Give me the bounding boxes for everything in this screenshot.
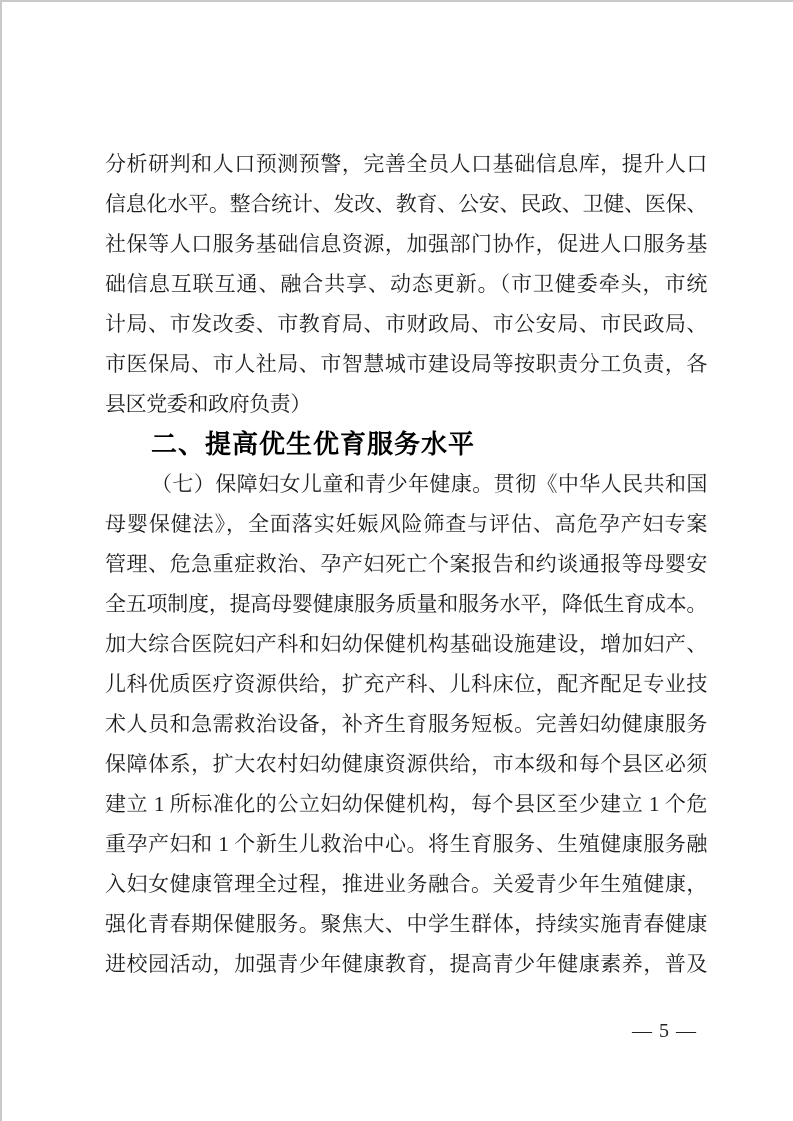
paragraph-end-line: 县区党委和政府负责） <box>105 384 707 424</box>
text-line: 全五项制度，提高母婴健康服务质量和服务水平，降低生育成本。 <box>105 584 707 624</box>
text-line: 加大综合医院妇产科和妇幼保健机构基础设施建设，增加妇产、 <box>105 624 707 664</box>
text-line: 入妇女健康管理全过程，推进业务融合。关爱青少年生殖健康， <box>105 864 707 904</box>
text-line: 保障体系，扩大农村妇幼健康资源供给，市本级和每个县区必须 <box>105 744 707 784</box>
page-number: — 5 — <box>632 1020 712 1043</box>
text-line: 儿科优质医疗资源供给，扩充产科、儿科床位，配齐配足专业技 <box>105 664 707 704</box>
text-line: 础信息互联互通、融合共享、动态更新。（市卫健委牵头，市统 <box>105 264 707 304</box>
document-page: 分析研判和人口预测预警，完善全员人口基础信息库，提升人口 信息化水平。整合统计、… <box>0 0 793 1121</box>
text-line: 管理、危急重症救治、孕产妇死亡个案报告和约谈通报等母婴安 <box>105 544 707 584</box>
text-line: 进校园活动，加强青少年健康教育，提高青少年健康素养，普及 <box>105 944 707 984</box>
paragraph-start-line: （七）保障妇女儿童和青少年健康。贯彻《中华人民共和国 <box>105 464 707 504</box>
text-line: 信息化水平。整合统计、发改、教育、公安、民政、卫健、医保、 <box>105 184 707 224</box>
text-line: 市医保局、市人社局、市智慧城市建设局等按职责分工负责，各 <box>105 344 707 384</box>
text-line: 计局、市发改委、市教育局、市财政局、市公安局、市民政局、 <box>105 304 707 344</box>
text-line: 建立 1 所标准化的公立妇幼保健机构，每个县区至少建立 1 个危 <box>105 784 707 824</box>
text-line: 母婴保健法》，全面落实妊娠风险筛查与评估、高危孕产妇专案 <box>105 504 707 544</box>
text-line: 重孕产妇和 1 个新生儿救治中心。将生育服务、生殖健康服务融 <box>105 824 707 864</box>
document-text-block: 分析研判和人口预测预警，完善全员人口基础信息库，提升人口 信息化水平。整合统计、… <box>105 144 707 984</box>
text-line: 术人员和急需救治设备，补齐生育服务短板。完善妇幼健康服务 <box>105 704 707 744</box>
text-line: 强化青春期保健服务。聚焦大、中学生群体，持续实施青春健康 <box>105 904 707 944</box>
text-line: 分析研判和人口预测预警，完善全员人口基础信息库，提升人口 <box>105 144 707 184</box>
section-heading: 二、提高优生优育服务水平 <box>105 424 707 464</box>
text-line: 社保等人口服务基础信息资源，加强部门协作，促进人口服务基 <box>105 224 707 264</box>
